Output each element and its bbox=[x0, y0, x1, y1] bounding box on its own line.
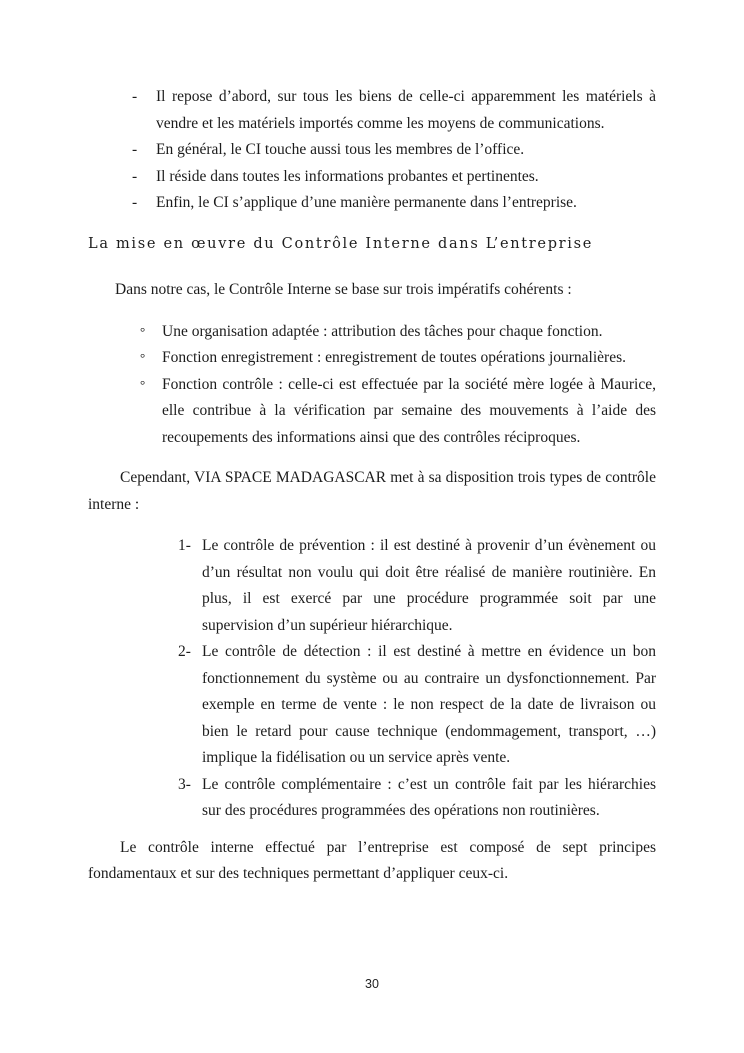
document-page: - Il repose d’abord, sur tous les biens … bbox=[0, 0, 744, 1053]
list-item: - Il réside dans toutes les informations… bbox=[88, 164, 656, 191]
list-item-text: Le contrôle complémentaire : c’est un co… bbox=[202, 772, 656, 825]
dash-marker: - bbox=[132, 190, 156, 217]
list-item: ° Fonction enregistrement : enregistreme… bbox=[88, 345, 656, 372]
dash-marker: - bbox=[132, 137, 156, 164]
paragraph-intro: Dans notre cas, le Contrôle Interne se b… bbox=[88, 277, 656, 304]
list-item: 3- Le contrôle complémentaire : c’est un… bbox=[88, 772, 656, 825]
list-item: ° Fonction contrôle : celle-ci est effec… bbox=[88, 372, 656, 452]
numbered-list: 1- Le contrôle de prévention : il est de… bbox=[88, 533, 656, 825]
page-number: 30 bbox=[0, 977, 744, 991]
list-item: 1- Le contrôle de prévention : il est de… bbox=[88, 533, 656, 639]
list-item: - Il repose d’abord, sur tous les biens … bbox=[88, 84, 656, 137]
number-marker: 3- bbox=[178, 772, 202, 825]
paragraph-cependant: Cependant, VIA SPACE MADAGASCAR met à sa… bbox=[88, 465, 656, 518]
dash-marker: - bbox=[132, 84, 156, 137]
list-item: ° Une organisation adaptée : attribution… bbox=[88, 319, 656, 346]
number-marker: 2- bbox=[178, 639, 202, 772]
list-item-text: Fonction contrôle : celle-ci est effectu… bbox=[162, 372, 656, 452]
list-item-text: En général, le CI touche aussi tous les … bbox=[156, 137, 656, 164]
degree-marker: ° bbox=[140, 345, 162, 372]
dash-marker: - bbox=[132, 164, 156, 191]
degree-marker: ° bbox=[140, 372, 162, 452]
degree-list: ° Une organisation adaptée : attribution… bbox=[88, 319, 656, 452]
paragraph-final: Le contrôle interne effectué par l’entre… bbox=[88, 835, 656, 888]
list-item-text: Enfin, le CI s’applique d’une manière pe… bbox=[156, 190, 656, 217]
list-item-text: Une organisation adaptée : attribution d… bbox=[162, 319, 656, 346]
list-item-text: Le contrôle de prévention : il est desti… bbox=[202, 533, 656, 639]
number-marker: 1- bbox=[178, 533, 202, 639]
list-item-text: Il repose d’abord, sur tous les biens de… bbox=[156, 84, 656, 137]
list-item-text: Fonction enregistrement : enregistrement… bbox=[162, 345, 656, 372]
list-item-text: Il réside dans toutes les informations p… bbox=[156, 164, 656, 191]
list-item: - Enfin, le CI s’applique d’une manière … bbox=[88, 190, 656, 217]
list-item: 2- Le contrôle de détection : il est des… bbox=[88, 639, 656, 772]
dash-list: - Il repose d’abord, sur tous les biens … bbox=[88, 84, 656, 217]
list-item-text: Le contrôle de détection : il est destin… bbox=[202, 639, 656, 772]
degree-marker: ° bbox=[140, 319, 162, 346]
list-item: - En général, le CI touche aussi tous le… bbox=[88, 137, 656, 164]
section-heading: La mise en œuvre du Contrôle Interne dan… bbox=[88, 231, 656, 258]
